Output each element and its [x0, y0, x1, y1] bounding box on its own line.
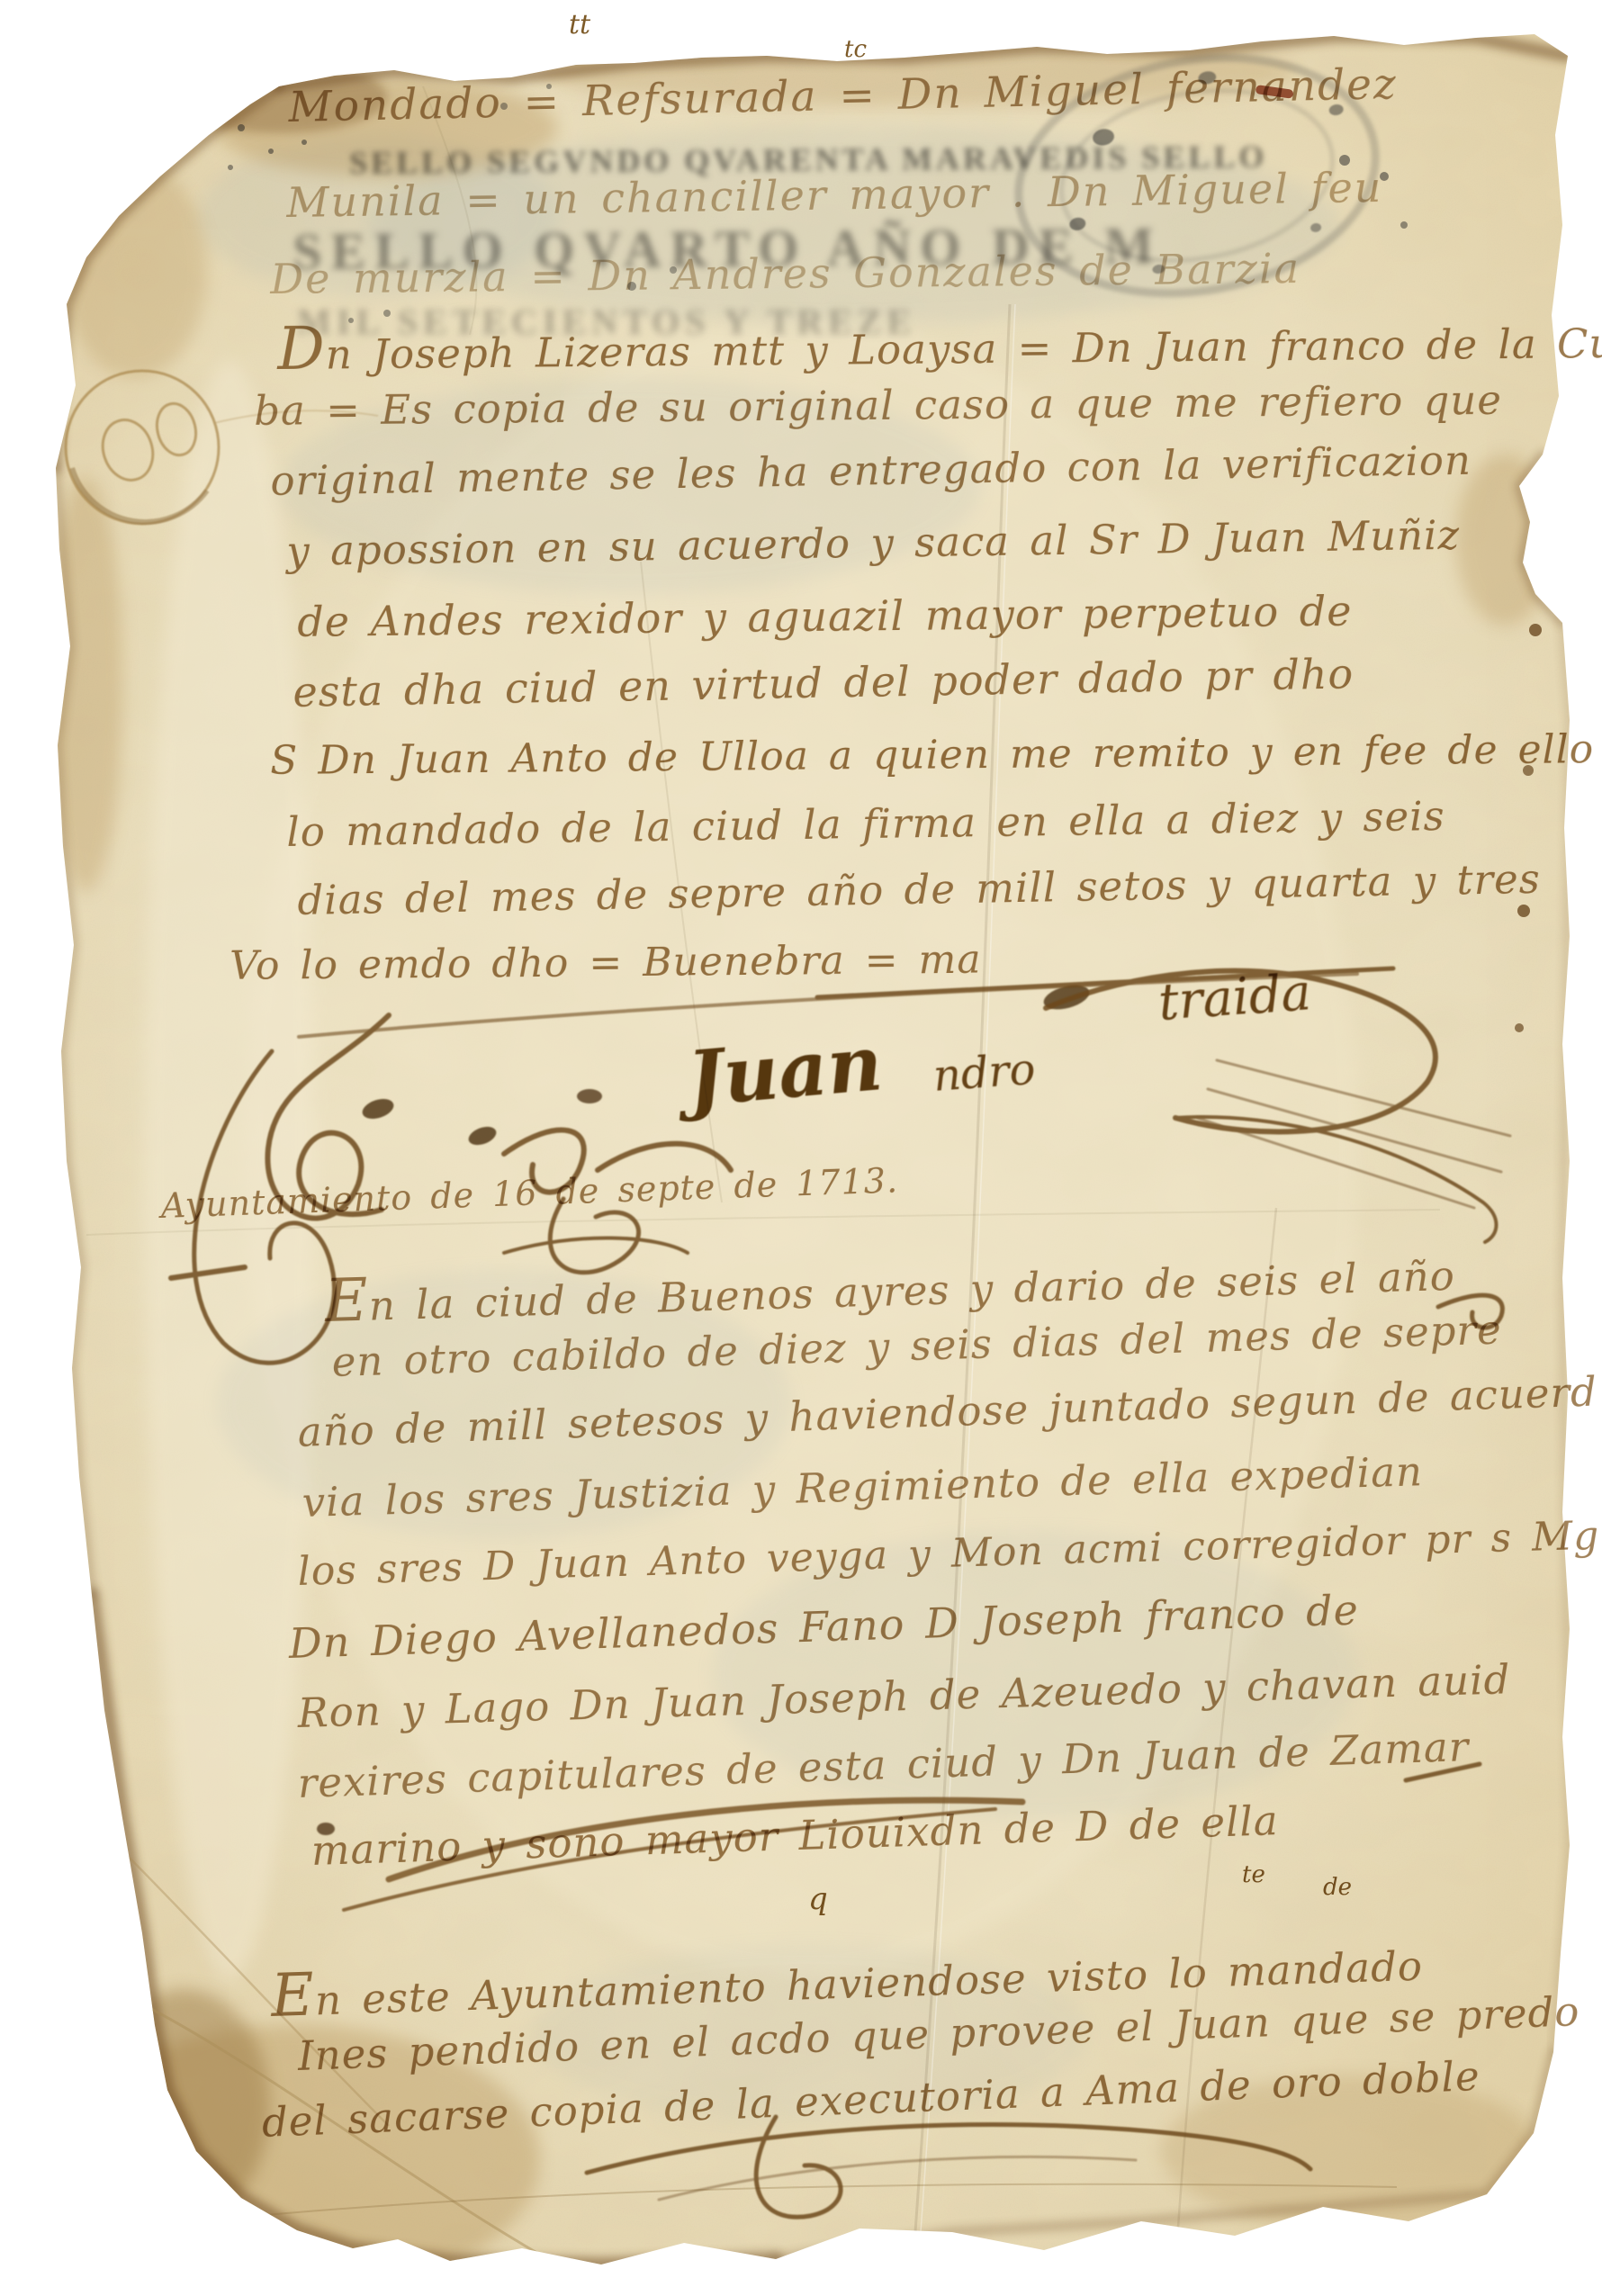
superscript-mark: tt: [569, 9, 590, 41]
manuscript-line: Dn Joseph Lizeras mtt y Loaysa = Dn Juan…: [277, 303, 1602, 383]
signature-word: traida: [1156, 963, 1313, 1032]
superscript-mark: de: [1323, 1874, 1352, 1901]
tax-stamp-print-band: SELLO SEGVNDO QVARENTA MARAVEDIS SELLO: [349, 138, 1268, 182]
superscript-mark: tc: [844, 36, 867, 63]
superscript-mark: q: [808, 1881, 828, 1917]
signature-word: Juan: [684, 1018, 886, 1123]
superscript-mark: te: [1242, 1861, 1265, 1888]
manuscript-line: Vo lo emdo dho = Buenebra = ma: [229, 937, 982, 989]
manuscript-scan: Mondado = Refsurada = Dn Miguel fernande…: [0, 0, 1602, 2296]
signature-word: ndro: [931, 1044, 1037, 1102]
tax-stamp-print-band: SELLO QVARTO AÑO DE M: [292, 215, 1163, 282]
